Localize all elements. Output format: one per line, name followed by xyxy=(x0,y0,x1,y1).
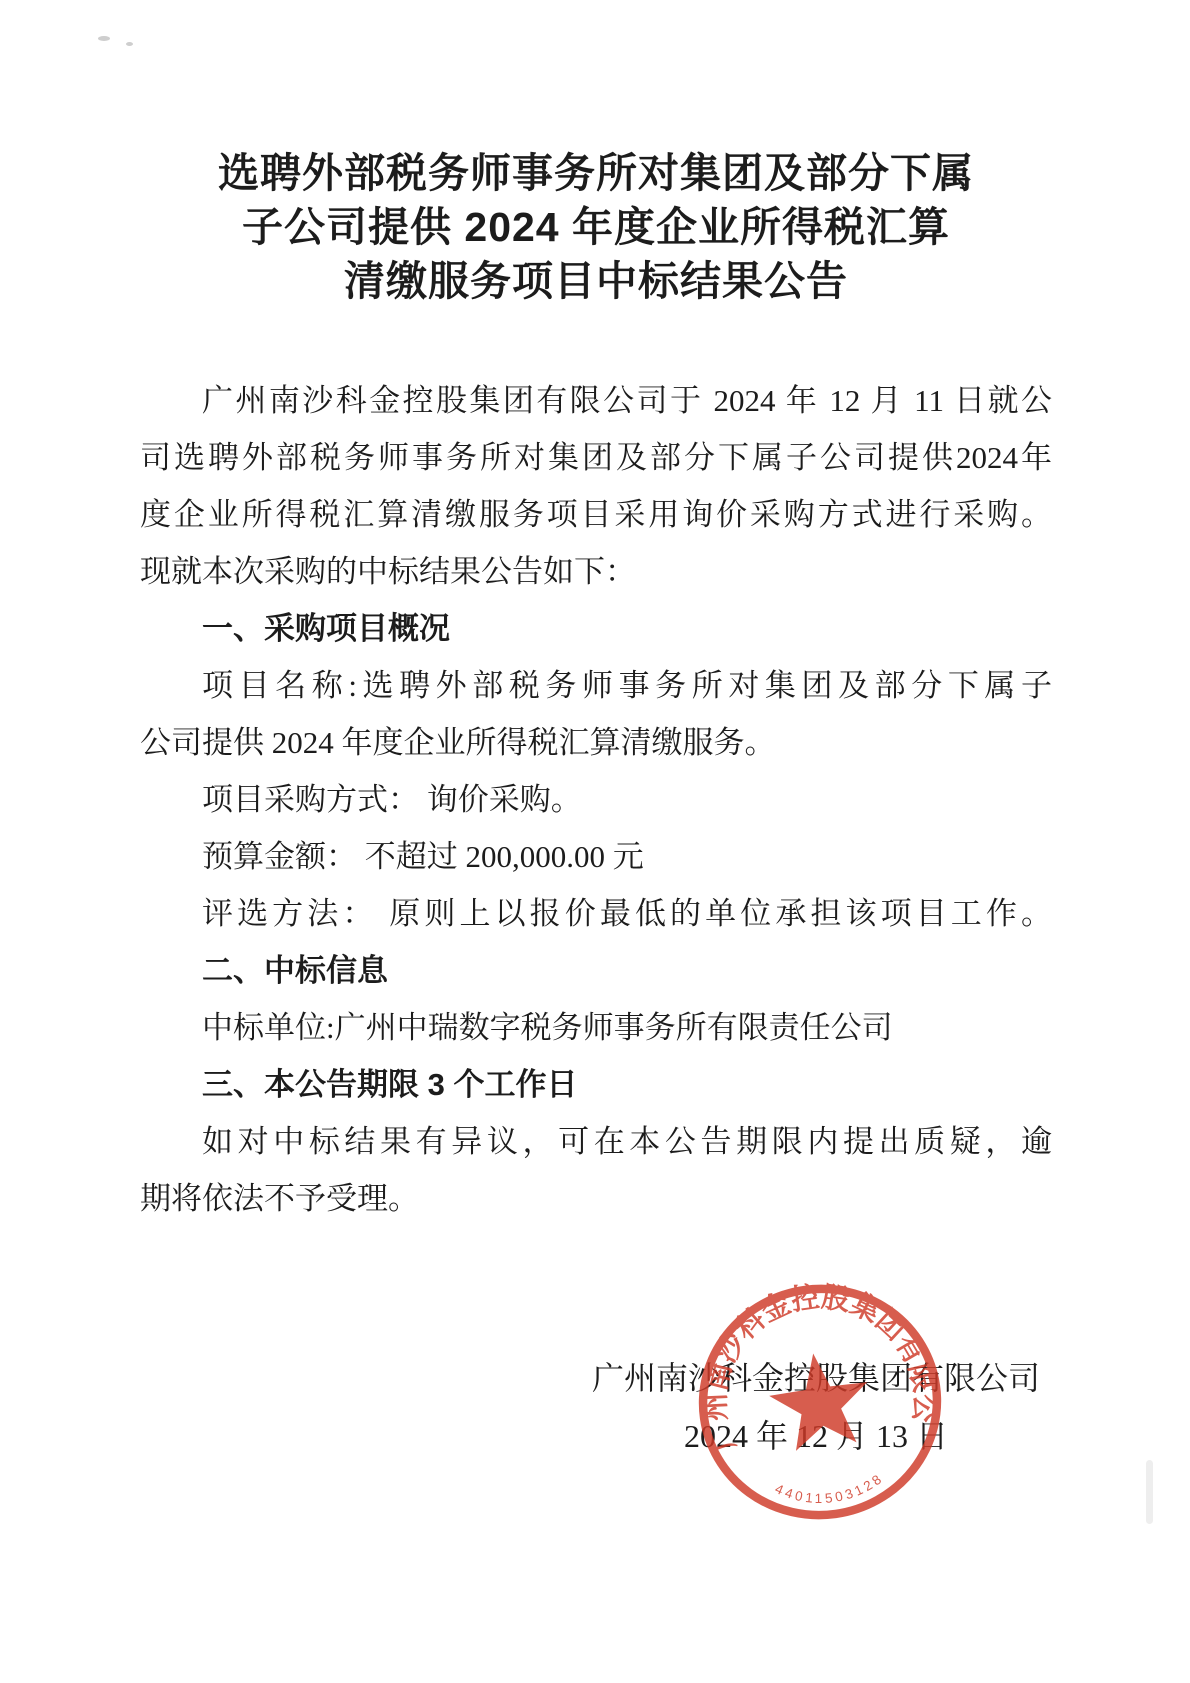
body-line: 司选聘外部税务师事务所对集团及部分下属子公司提供2024年 xyxy=(140,429,1052,486)
section-heading: 二、中标信息 xyxy=(140,942,1052,999)
document-title: 选聘外部税务师事务所对集团及部分下属 子公司提供 2024 年度企业所得税汇算 … xyxy=(140,146,1052,308)
section-heading: 三、本公告期限 3 个工作日 xyxy=(140,1056,1052,1113)
body-line: 公司提供 2024 年度企业所得税汇算清缴服务。 xyxy=(140,714,1052,771)
body-line: 项目名称:选聘外部税务师事务所对集团及部分下属子 xyxy=(140,657,1052,714)
seal-code-text: 44011503128 xyxy=(771,1466,889,1513)
body-line: 预算金额： 不超过 200,000.00 元 xyxy=(140,828,1052,885)
body-line: 中标单位:广州中瑞数字税务师事务所有限责任公司 xyxy=(140,999,1052,1056)
signature-block: 广州南沙科金控股集团有限公司 2024 年 12 月 13 日 xyxy=(592,1358,1040,1456)
signature-company: 广州南沙科金控股集团有限公司 xyxy=(592,1358,1040,1398)
scan-speck xyxy=(98,36,110,41)
scan-speck xyxy=(126,42,133,46)
body-line: 期将依法不予受理。 xyxy=(140,1170,1052,1227)
signature-date: 2024 年 12 月 13 日 xyxy=(684,1416,948,1456)
title-line: 清缴服务项目中标结果公告 xyxy=(140,254,1052,308)
title-line: 选聘外部税务师事务所对集团及部分下属 xyxy=(140,146,1052,200)
title-line: 子公司提供 2024 年度企业所得税汇算 xyxy=(140,200,1052,254)
body-line: 现就本次采购的中标结果公告如下： xyxy=(140,543,1052,600)
document-body: 广州南沙科金控股集团有限公司于 2024 年 12 月 11 日就公 司选聘外部… xyxy=(140,372,1052,1227)
section-heading: 一、采购项目概况 xyxy=(140,600,1052,657)
scan-smudge xyxy=(1146,1460,1153,1524)
body-line: 度企业所得税汇算清缴服务项目采用询价采购方式进行采购。 xyxy=(140,486,1052,543)
document-page: 选聘外部税务师事务所对集团及部分下属 子公司提供 2024 年度企业所得税汇算 … xyxy=(0,0,1190,1683)
body-line: 项目采购方式： 询价采购。 xyxy=(140,771,1052,828)
body-line: 广州南沙科金控股集团有限公司于 2024 年 12 月 11 日就公 xyxy=(140,372,1052,429)
body-line: 评选方法： 原则上以报价最低的单位承担该项目工作。 xyxy=(140,885,1052,942)
body-line: 如对中标结果有异议，可在本公告期限内提出质疑，逾 xyxy=(140,1113,1052,1170)
